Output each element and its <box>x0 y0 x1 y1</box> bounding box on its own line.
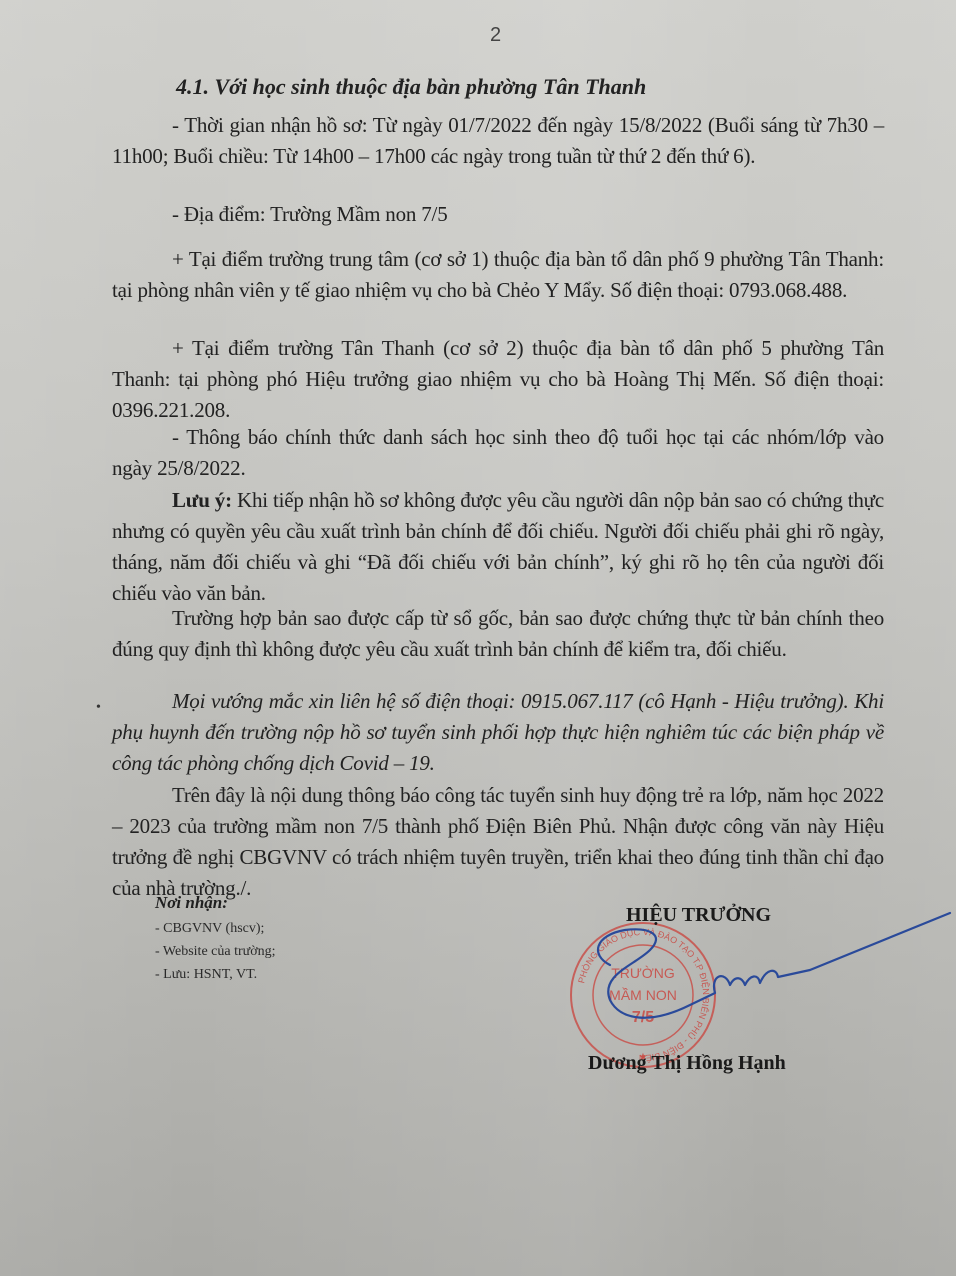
section-heading: 4.1. Với học sinh thuộc địa bàn phường T… <box>176 74 646 100</box>
paragraph-time: - Thời gian nhận hồ sơ: Từ ngày 01/7/202… <box>112 110 884 172</box>
margin-mark: • <box>96 700 101 716</box>
note-label: Lưu ý: <box>172 488 232 512</box>
recipient-item: - CBGVNV (hscv); <box>155 917 276 940</box>
signature-scribble <box>580 905 956 1055</box>
paragraph-copy-case-text: Trường hợp bản sao được cấp từ sổ gốc, b… <box>112 606 884 661</box>
paragraph-closing-text: Trên đây là nội dung thông báo công tác … <box>112 783 884 900</box>
recipients-block: Nơi nhận: - CBGVNV (hscv); - Website của… <box>155 893 276 986</box>
paragraph-note: Lưu ý: Khi tiếp nhận hồ sơ không được yê… <box>112 485 884 609</box>
recipient-item: - Lưu: HSNT, VT. <box>155 963 276 986</box>
paragraph-announcement-text: - Thông báo chính thức danh sách học sin… <box>112 425 884 480</box>
paragraph-time-text: - Thời gian nhận hồ sơ: Từ ngày 01/7/202… <box>112 113 884 168</box>
paragraph-announcement: - Thông báo chính thức danh sách học sin… <box>112 422 884 484</box>
paragraph-site2: + Tại điểm trường Tân Thanh (cơ sở 2) th… <box>112 333 884 426</box>
paragraph-site2-text: + Tại điểm trường Tân Thanh (cơ sở 2) th… <box>112 336 884 422</box>
paragraph-location: - Địa điểm: Trường Mầm non 7/5 <box>112 199 884 230</box>
paragraph-site1: + Tại điểm trường trung tâm (cơ sở 1) th… <box>112 244 884 306</box>
page-number: 2 <box>490 24 501 47</box>
signatory-name: Dương Thị Hồng Hạnh <box>588 1052 786 1075</box>
paragraph-site1-text: + Tại điểm trường trung tâm (cơ sở 1) th… <box>112 247 884 302</box>
paragraph-contact-text: Mọi vướng mắc xin liên hệ số điện thoại:… <box>112 689 884 775</box>
paragraph-contact: Mọi vướng mắc xin liên hệ số điện thoại:… <box>112 686 884 779</box>
paragraph-location-text: - Địa điểm: Trường Mầm non 7/5 <box>172 202 448 226</box>
paragraph-closing: Trên đây là nội dung thông báo công tác … <box>112 780 884 904</box>
recipient-item: - Website của trường; <box>155 940 276 963</box>
recipients-title: Nơi nhận: <box>155 893 276 913</box>
paragraph-copy-case: Trường hợp bản sao được cấp từ sổ gốc, b… <box>112 603 884 665</box>
